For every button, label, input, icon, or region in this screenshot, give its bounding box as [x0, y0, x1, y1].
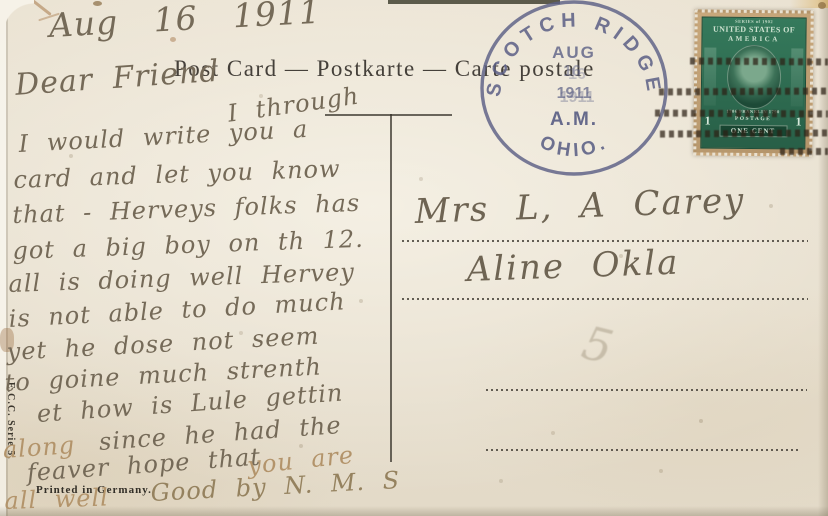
- card-bottom-edge-shadow: [0, 506, 828, 516]
- address-city: Aline Okla: [466, 243, 680, 290]
- postmark-day-smudge: 16: [568, 66, 586, 83]
- handwritten-date: Aug 16 1911: [48, 0, 322, 45]
- salutation: Dear Friend: [14, 54, 221, 103]
- message-line: card and let you know: [13, 155, 341, 194]
- cancel-bar: [659, 88, 828, 96]
- stamp-country-bottom: AMERICA: [702, 34, 805, 43]
- stamp-series-banner: SERIES of 1902: [703, 18, 806, 24]
- message-line: that - Herveys folks has: [12, 189, 361, 229]
- svg-text:OHIO.: OHIO.: [537, 132, 612, 162]
- cancellation-bars: [645, 50, 828, 160]
- cancel-bar: [655, 110, 828, 118]
- address-name: Mrs L, A Carey: [414, 180, 746, 232]
- postmark-month: AUG: [552, 43, 596, 62]
- postcard-back: Post Card — Postkarte — Carte postale Pr…: [0, 0, 828, 516]
- divider-top-bar: [325, 114, 452, 116]
- message-line: I would write you a: [18, 115, 309, 158]
- postmark-meridiem: A.M.: [550, 109, 598, 130]
- address-line-rule-4: [486, 449, 800, 451]
- message-line: all well: [4, 483, 109, 515]
- top-left-corner-wear: [0, 0, 34, 34]
- faint-pencil-mark: 5: [577, 315, 618, 374]
- center-divider-line: [390, 114, 392, 462]
- address-line-rule-3: [486, 389, 807, 391]
- cancel-bar: [690, 58, 828, 66]
- top-right-speck: [818, 2, 826, 9]
- cancel-bar: [780, 148, 828, 155]
- cancel-bar: [660, 129, 828, 137]
- address-line-rule-1: [402, 240, 808, 242]
- postmark-year-smudge: 1911: [560, 89, 595, 106]
- stamp-country-top: UNITED STATES OF: [703, 24, 806, 34]
- postmark-state: OHIO.: [537, 132, 612, 162]
- address-line-rule-2: [402, 298, 808, 300]
